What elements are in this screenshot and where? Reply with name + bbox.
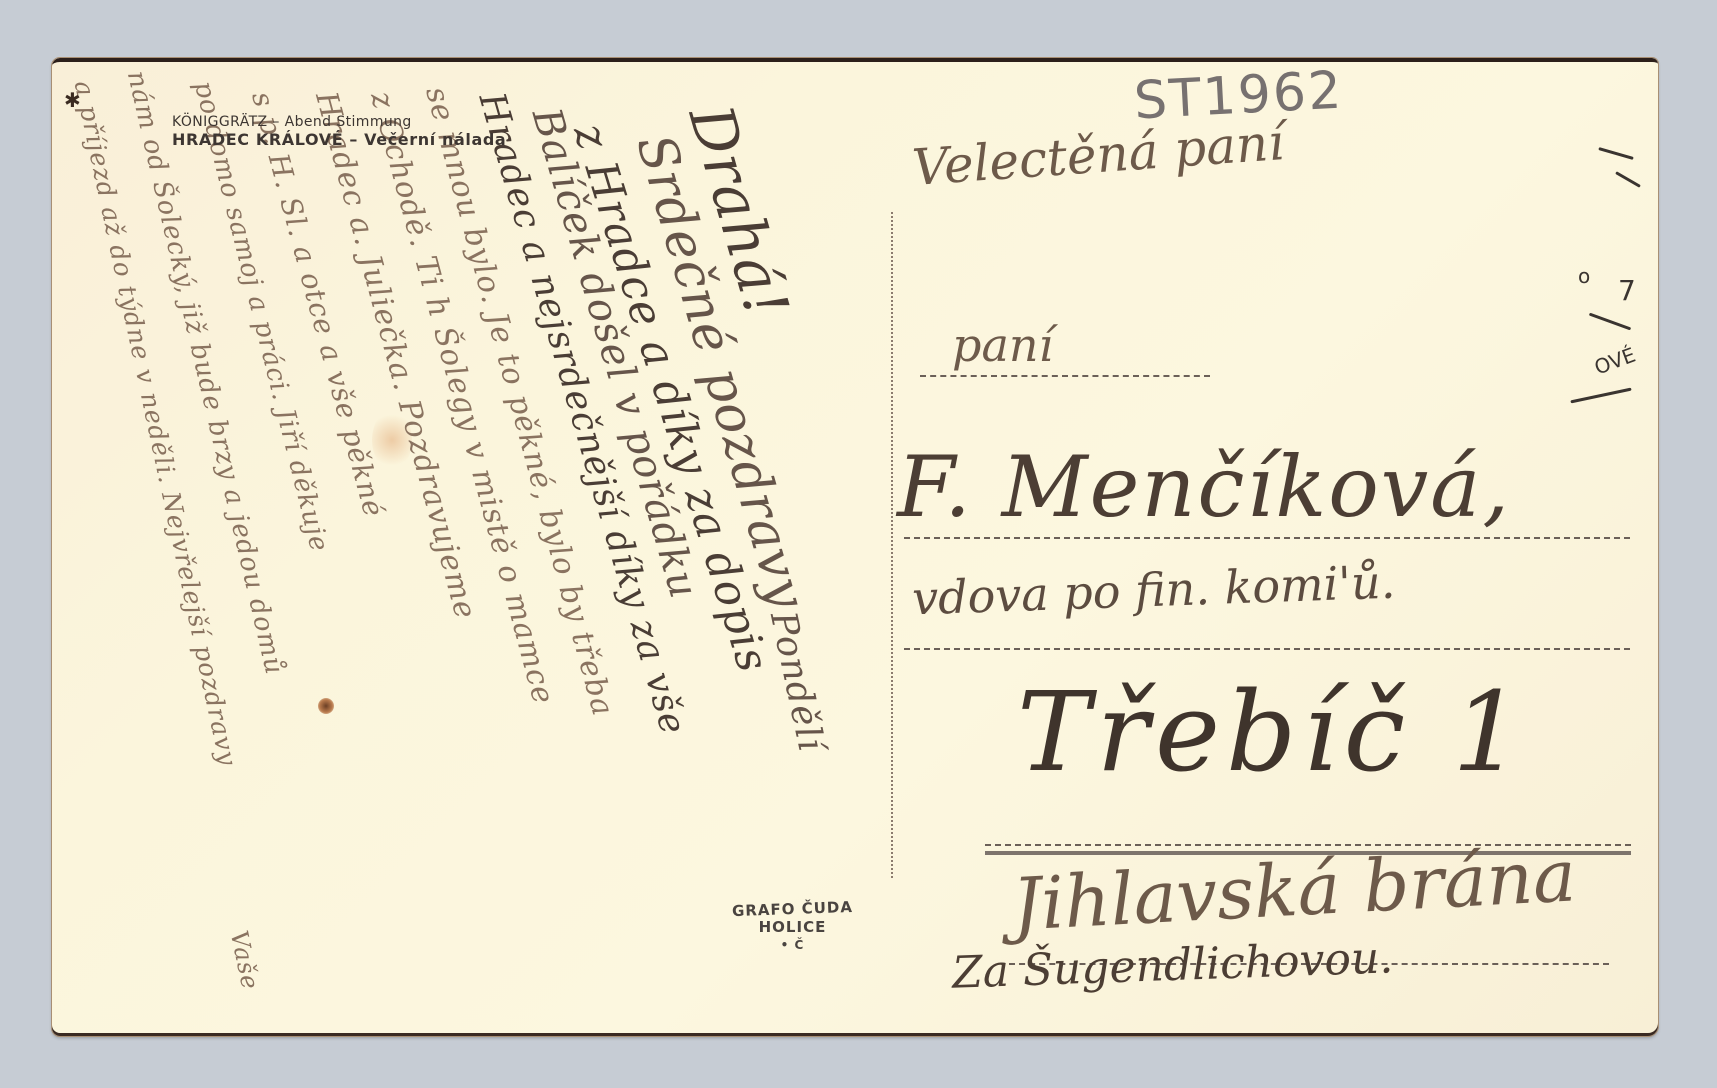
caption-german: KÖNIGGRÄTZ – Abend Stimmung [172, 114, 506, 131]
address-recipient-name: F. Menčíková, [897, 438, 1511, 536]
address-line-3 [904, 648, 1630, 650]
imprint-publisher: GRAFO ČUDA [732, 898, 854, 920]
message-line: po domo samoj a práci. Jiří děkuje [188, 78, 334, 555]
message-line: Hradec a. Juliečka. Pozdravujeme [308, 88, 483, 623]
message-line: Balíček došel v pořádku [523, 103, 707, 604]
message-signature: Pondělí [762, 608, 832, 755]
postcard-back: ✱ Drahá! Srdečné pozdravy z Hradce a dík… [52, 58, 1658, 1036]
handwritten-message: Drahá! Srdečné pozdravy z Hradce a díky … [52, 58, 892, 1036]
caption-czech: HRADEC KRÁLOVÉ – Večerní nálada [172, 131, 506, 148]
postmark-digit-mark: o [1578, 264, 1590, 288]
corner-star-mark: ✱ [64, 88, 81, 112]
message-line: z Hradce a díky za dopis [563, 118, 779, 678]
message-line: Srdečné pozdravy [624, 128, 817, 616]
address-line-2 [904, 537, 1630, 539]
imprint-town: HOLICE [732, 918, 853, 936]
paper-stain [372, 410, 412, 470]
imprint-mark: • Č [732, 936, 853, 954]
postmark-arc [1570, 388, 1631, 404]
message-line: z Ochodě. Ti h Šolegy v mistě o mamce [363, 88, 561, 709]
postmark-arc [1598, 147, 1633, 160]
postmark-text: 7 [1618, 274, 1636, 307]
address-line-1 [920, 375, 1210, 377]
message-closing: Vaše [225, 928, 265, 992]
address-salutation: Velectěná paní [910, 113, 1285, 197]
postmark-arc [1589, 313, 1631, 331]
message-line: Hradec a nejsrdečnější díky za vše [471, 88, 694, 740]
printed-caption: KÖNIGGRÄTZ – Abend Stimmung HRADEC KRÁLO… [172, 114, 506, 148]
postmark-arc [1615, 171, 1641, 188]
message-line: a příjezd až do týdne v neděli. Nejvřele… [69, 78, 243, 769]
postmark-fragment: o 7 OVÉ [1536, 144, 1658, 384]
printer-imprint: GRAFO ČUDA HOLICE • Č [732, 900, 853, 954]
message-line: nám od Šolecký, již bude brzy a jedou do… [121, 68, 289, 678]
postmark-text: OVÉ [1591, 343, 1638, 380]
address-title: paní [952, 318, 1053, 372]
address-occupation: vdova po fin. komi'ů. [911, 555, 1396, 626]
message-line: s p. H. Sl. a otce a vše pěkné [245, 88, 391, 521]
ink-spot [318, 698, 334, 714]
message-line: se mnou bylo. Je to pěkné, bylo by třeba [418, 83, 620, 720]
message-greeting: Drahá! [675, 98, 802, 326]
message-address-divider [891, 212, 893, 878]
address-city: Třebíč 1 [1017, 668, 1528, 796]
